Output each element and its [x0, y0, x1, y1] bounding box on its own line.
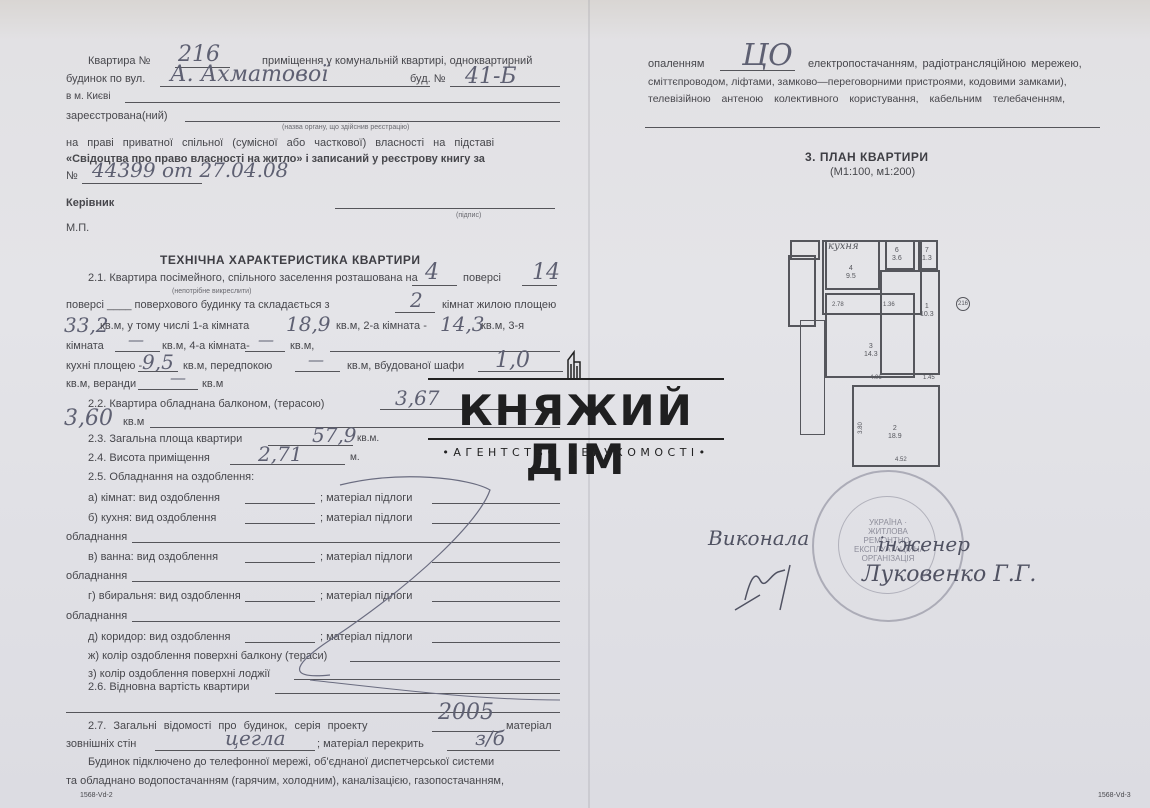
logo-title: КНЯЖИЙ ДІМ: [428, 386, 724, 484]
agency-logo: КНЯЖИЙ ДІМ •АГЕНТСТВО НЕРУХОМОСТІ•: [428, 350, 724, 465]
document-scan: Квартира № 216 приміщення у комунальній …: [0, 0, 1150, 808]
building-icon: [566, 350, 584, 378]
logo-subtitle: •АГЕНТСТВО НЕРУХОМОСТІ•: [428, 446, 724, 459]
